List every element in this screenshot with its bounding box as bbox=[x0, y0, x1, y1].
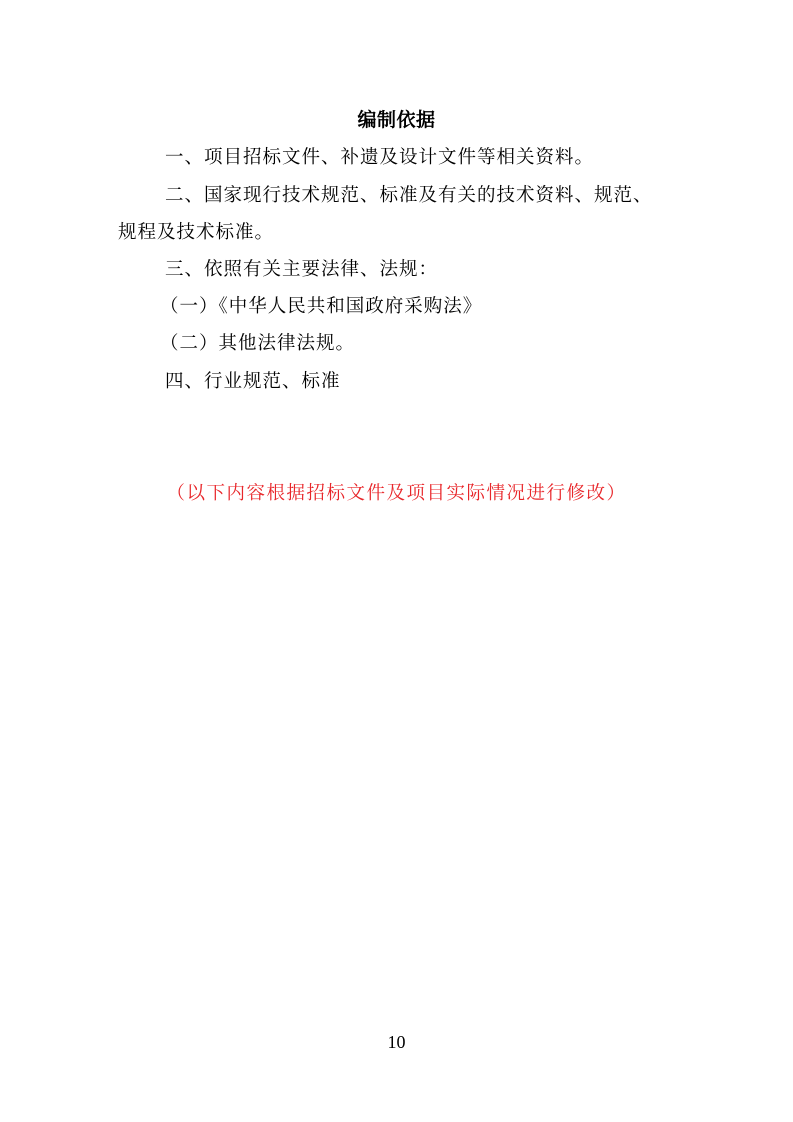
section-title: 编制依据 bbox=[0, 106, 793, 134]
basis-item-3: 三、依照有关主要法律、法规： bbox=[165, 256, 730, 284]
basis-item-4: 四、行业规范、标准 bbox=[165, 368, 730, 396]
document-page: 编制依据 一、项目招标文件、补遗及设计文件等相关资料。 二、国家现行技术规范、标… bbox=[0, 0, 793, 1122]
basis-item-2: 二、国家现行技术规范、标准及有关的技术资料、规范、 bbox=[165, 182, 730, 210]
page-number: 10 bbox=[0, 1030, 793, 1054]
basis-item-3-sub-1: （一）《中华人民共和国政府采购法》 bbox=[160, 293, 725, 321]
editing-note: （以下内容根据招标文件及项目实际情况进行修改） bbox=[0, 480, 793, 508]
basis-item-3-sub-2: （二）其他法律法规。 bbox=[160, 330, 725, 358]
basis-item-1: 一、项目招标文件、补遗及设计文件等相关资料。 bbox=[165, 144, 730, 172]
basis-item-2-continued: 规程及技术标准。 bbox=[118, 219, 683, 247]
